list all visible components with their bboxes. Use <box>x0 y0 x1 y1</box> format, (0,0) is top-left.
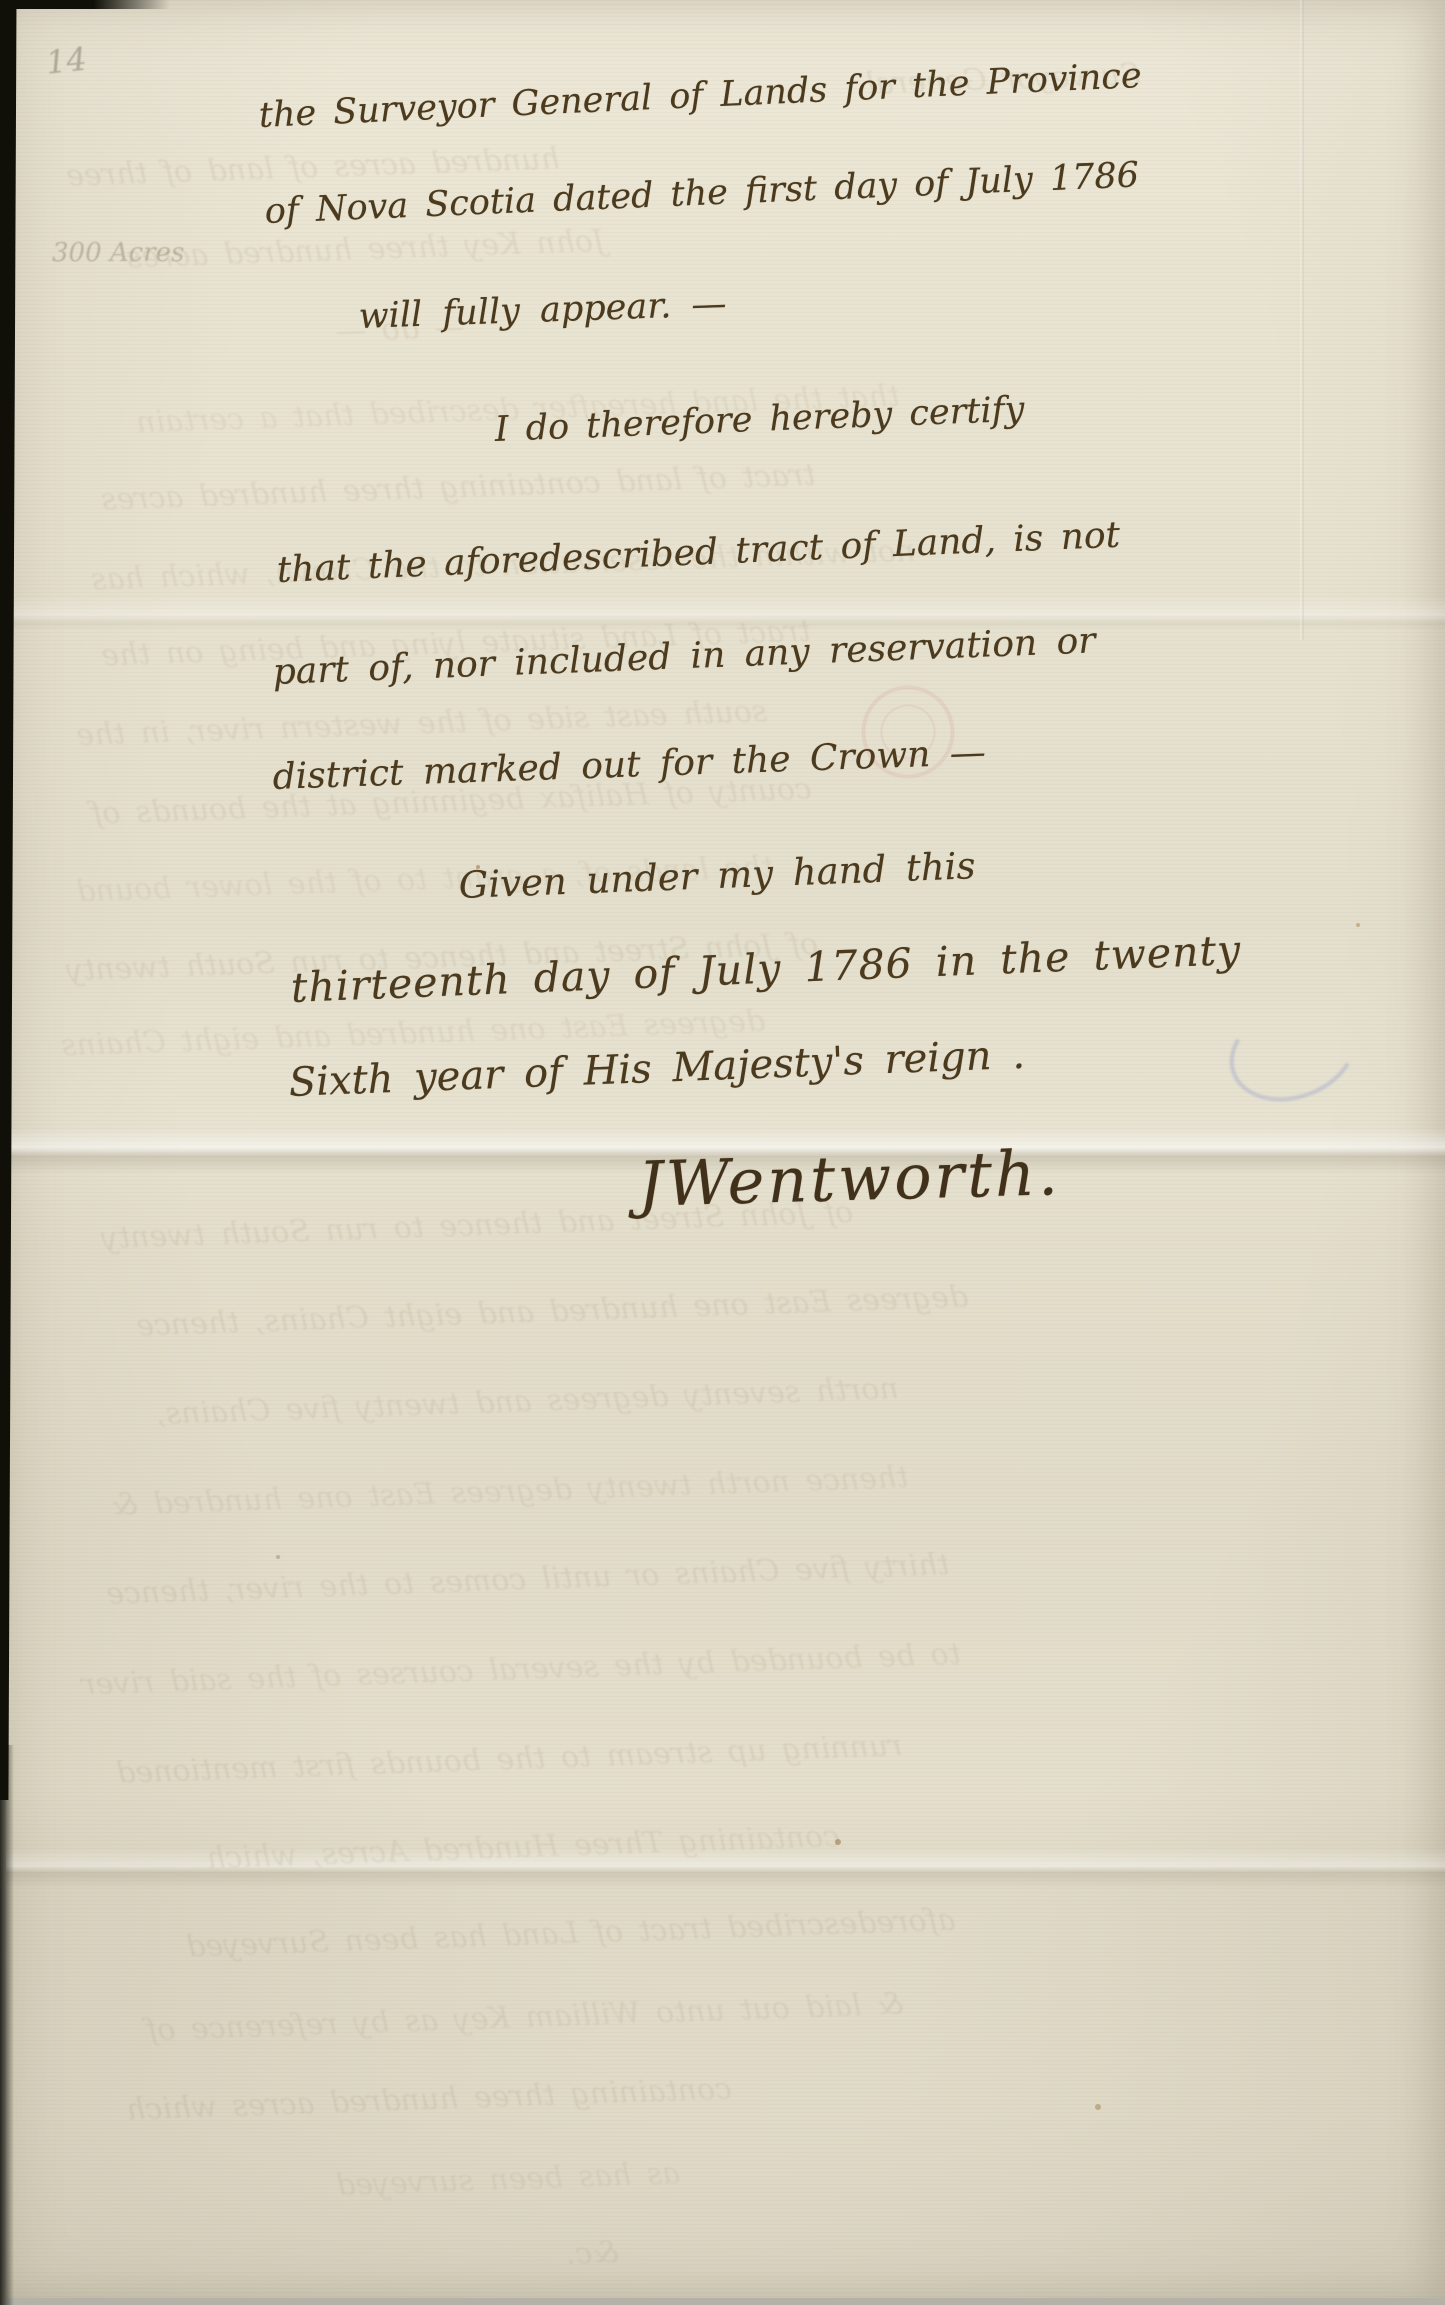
fold-crease-vertical <box>1300 0 1304 640</box>
scan-edge-top <box>0 0 170 9</box>
scanned-document-page: Surveyor Generalhundred acres of land of… <box>0 0 1445 2305</box>
scan-edge-bottom-left <box>0 1745 14 2305</box>
handwritten-line: that the aforedescribed tract of Land, i… <box>276 515 1121 591</box>
bleedthrough-line: thence north twenty degrees East one hun… <box>111 1460 909 1523</box>
bleedthrough-line: & laid out unto William Key as by refere… <box>146 1987 905 2048</box>
handwritten-line: Given under my hand this <box>458 844 976 907</box>
bleedthrough-line: thirty five Chains or until comes to the… <box>106 1547 950 1611</box>
bleedthrough-line: containing three hundred acres which <box>126 2071 733 2127</box>
bleedthrough-line: John Key three hundred acres <box>126 224 606 276</box>
bleedthrough-line: containing Three Hundred Acres, which <box>206 1819 841 1876</box>
archive-stamp-inner-ring <box>875 699 940 764</box>
blue-pencil-arc <box>1216 985 1371 1119</box>
bleedthrough-line: running up stream to the bounds first me… <box>116 1728 903 1790</box>
bleedthrough-line: &c. <box>565 2235 619 2272</box>
bleedthrough-line: as has been surveyed <box>335 2156 680 2203</box>
bleedthrough-line: tract of land containing three hundred a… <box>101 458 816 518</box>
handwritten-line: the Surveyor General of Lands for the Pr… <box>258 56 1142 136</box>
margin-acreage-note: 300 Acres <box>52 238 184 268</box>
blue-pencil-mark <box>1228 1004 1358 1099</box>
paper-sheet: Surveyor Generalhundred acres of land of… <box>6 0 1445 2298</box>
signature-wentworth: JWentworth. <box>637 1136 1062 1221</box>
bleedthrough-line: north seventy degrees and twenty five Ch… <box>156 1371 900 1432</box>
bleedthrough-line: aforedescribed tract of Land has been Su… <box>186 1903 956 1965</box>
corner-pencil-note: 14 <box>44 40 88 82</box>
foxing-specks <box>476 865 480 869</box>
bleedthrough-line: to be bounded by the several courses of … <box>81 1637 962 1703</box>
handwritten-line: will fully appear. — <box>358 284 727 337</box>
bleedthrough-line: degrees East one hundred and eight Chain… <box>136 1279 969 1343</box>
